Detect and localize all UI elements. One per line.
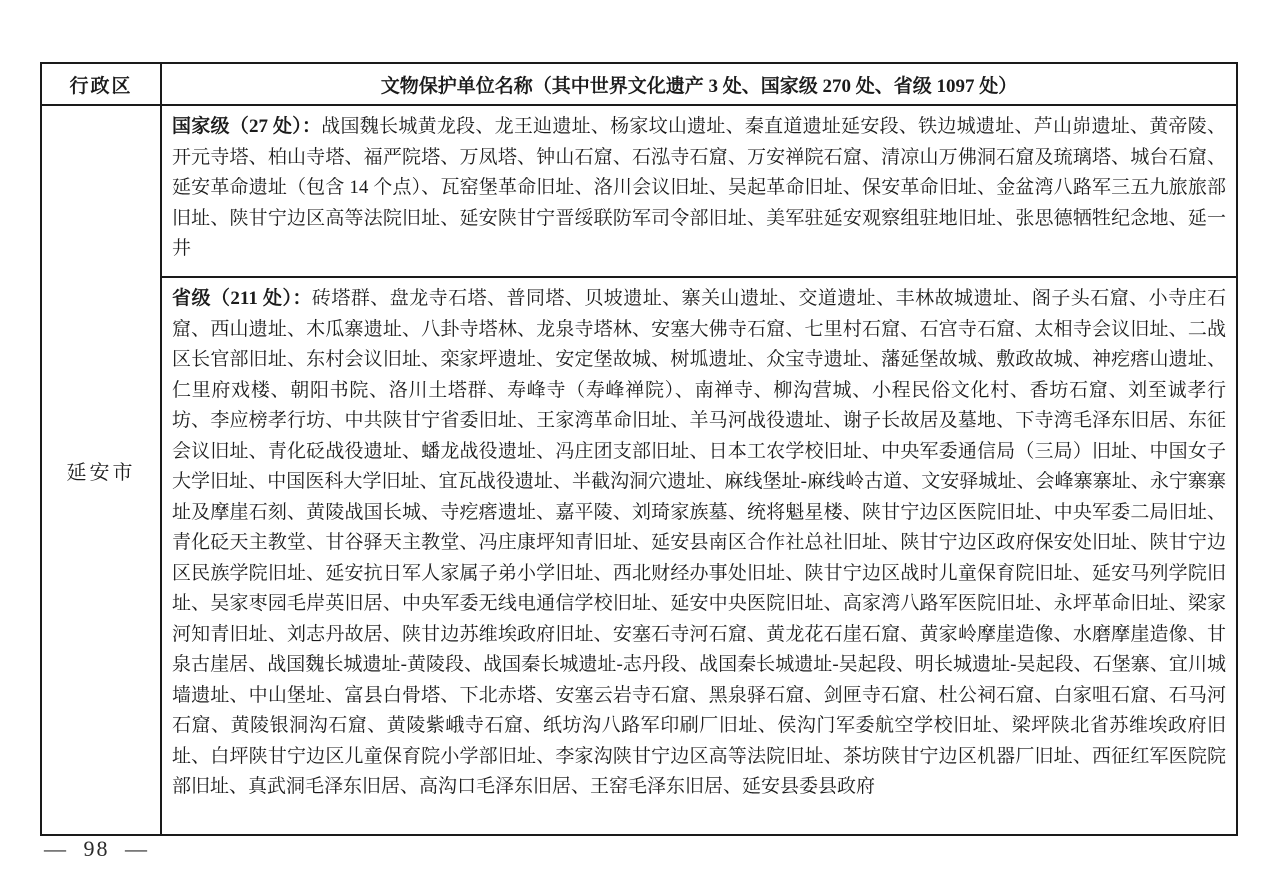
national-level-cell: 国家级（27 处）：战国魏长城黄龙段、龙王辿遗址、杨家坟山遗址、秦直道遗址延安段… bbox=[162, 106, 1236, 278]
national-level-label: 国家级（27 处）： bbox=[172, 116, 321, 137]
unit-list-cells: 国家级（27 处）：战国魏长城黄龙段、龙王辿遗址、杨家坟山遗址、秦直道遗址延安段… bbox=[162, 106, 1236, 834]
provincial-level-paragraph: 省级（211 处）：砖塔群、盘龙寺石塔、普同塔、贝坡遗址、寨关山遗址、交道遗址、… bbox=[172, 284, 1226, 803]
region-cell: 延安市 bbox=[42, 106, 162, 834]
table-header-row: 行政区 文物保护单位名称（其中世界文化遗产 3 处、国家级 270 处、省级 1… bbox=[42, 64, 1236, 106]
heritage-table: 行政区 文物保护单位名称（其中世界文化遗产 3 处、国家级 270 处、省级 1… bbox=[40, 62, 1238, 836]
table-body-row: 延安市 国家级（27 处）：战国魏长城黄龙段、龙王辿遗址、杨家坟山遗址、秦直道遗… bbox=[42, 106, 1236, 834]
provincial-level-cell: 省级（211 处）：砖塔群、盘龙寺石塔、普同塔、贝坡遗址、寨关山遗址、交道遗址、… bbox=[162, 278, 1236, 834]
national-level-paragraph: 国家级（27 处）：战国魏长城黄龙段、龙王辿遗址、杨家坟山遗址、秦直道遗址延安段… bbox=[172, 112, 1226, 265]
provincial-level-text: 砖塔群、盘龙寺石塔、普同塔、贝坡遗址、寨关山遗址、交道遗址、丰林故城遗址、阁子头… bbox=[172, 288, 1226, 797]
header-cell-name: 文物保护单位名称（其中世界文化遗产 3 处、国家级 270 处、省级 1097 … bbox=[162, 64, 1236, 104]
document-page: 行政区 文物保护单位名称（其中世界文化遗产 3 处、国家级 270 处、省级 1… bbox=[0, 0, 1280, 892]
provincial-level-label: 省级（211 处）： bbox=[172, 288, 312, 309]
header-cell-region: 行政区 bbox=[42, 64, 162, 104]
page-number: — 98 — bbox=[44, 836, 149, 862]
national-level-text: 战国魏长城黄龙段、龙王辿遗址、杨家坟山遗址、秦直道遗址延安段、铁边城遗址、芦山峁… bbox=[172, 116, 1226, 259]
